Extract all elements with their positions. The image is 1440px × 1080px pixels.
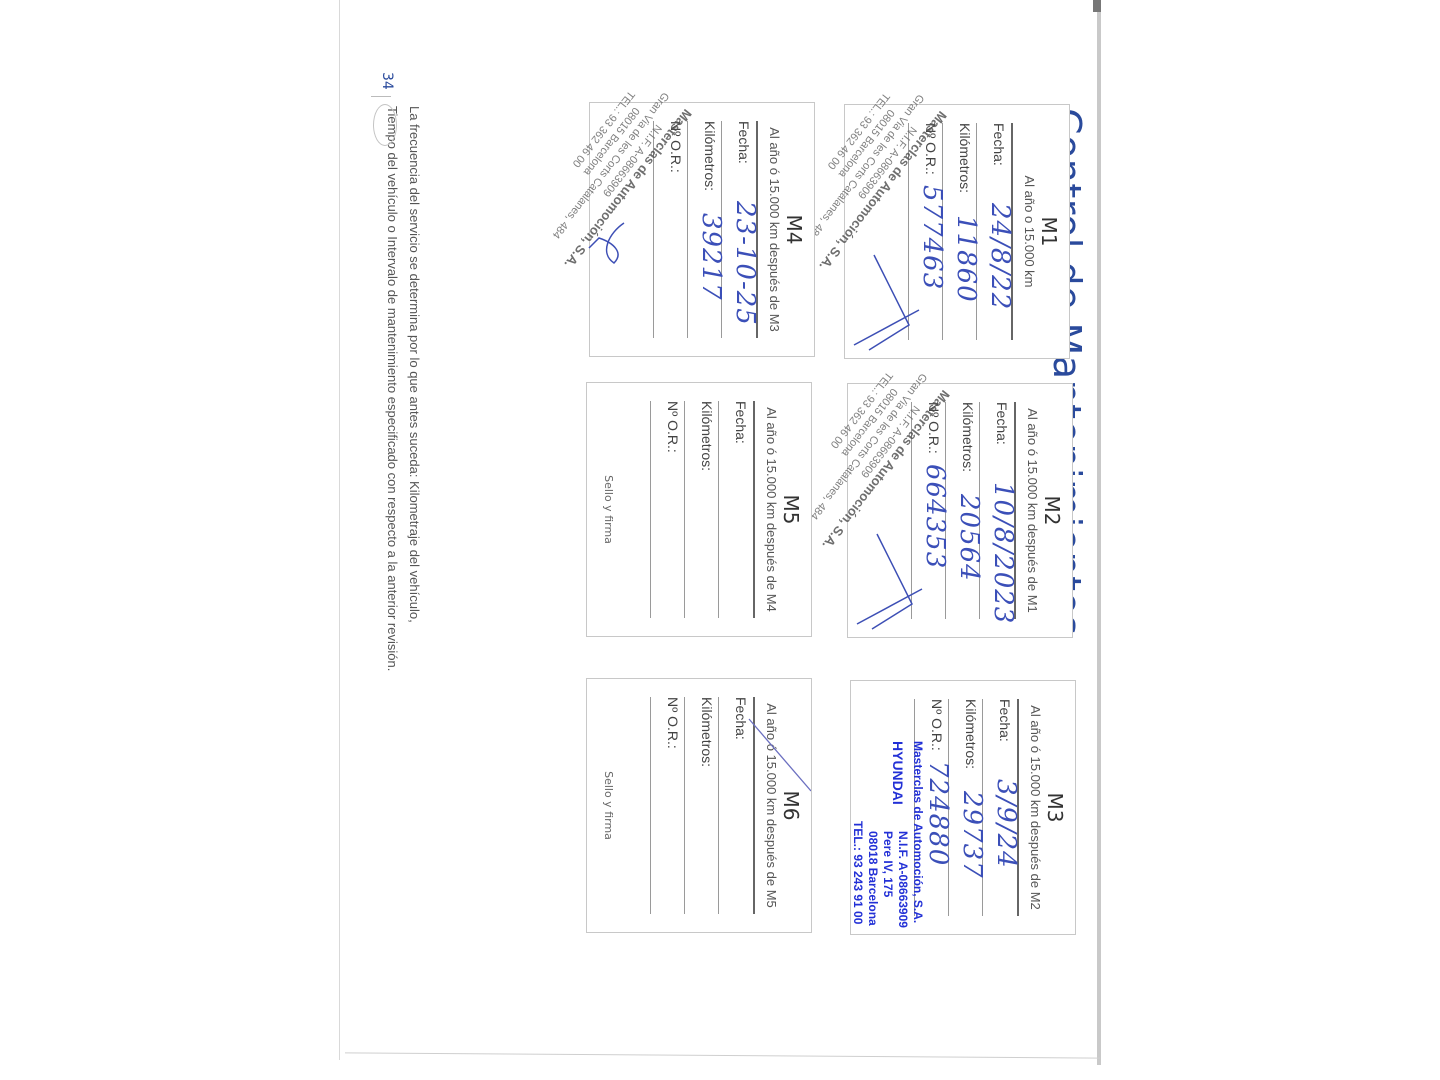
scan-edge-right bbox=[1097, 0, 1101, 1065]
kilometros-label: Kilómetros: bbox=[957, 123, 973, 193]
stamp-tel: TEL.: 93 243 91 00 bbox=[850, 741, 865, 928]
sello-label: Sello y firma bbox=[602, 383, 615, 636]
maintenance-card-m4: M4 Al año ó 15.000 km después de M3 Fech… bbox=[589, 102, 815, 357]
fecha-label: Fecha: bbox=[733, 401, 749, 444]
fecha-field[interactable]: Fecha: bbox=[718, 401, 753, 618]
fecha-label: Fecha: bbox=[733, 697, 749, 740]
fecha-field[interactable]: Fecha: 10/8/2023 bbox=[979, 402, 1014, 619]
fecha-field[interactable]: Fecha: 24/8/22 bbox=[976, 123, 1011, 340]
dealer-stamp-blue: Masterclas de Automoción, S.A. N.I.F. A-… bbox=[850, 741, 925, 928]
or-value: 664353 bbox=[920, 464, 950, 569]
kilometros-value: 29737 bbox=[957, 791, 987, 879]
kilometros-field[interactable]: Kilómetros: bbox=[684, 697, 719, 914]
maintenance-card-m3: M3 Al año ó 15.000 km después de M2 Fech… bbox=[850, 680, 1076, 935]
page-number: 34 bbox=[379, 72, 395, 90]
maintenance-card-m2: M2 Al año ó 15.000 km después de M1 Fech… bbox=[847, 383, 1073, 638]
or-value: 577463 bbox=[917, 185, 947, 290]
card-code: M2 bbox=[1040, 384, 1064, 637]
hyundai-logo-icon bbox=[373, 104, 397, 146]
card-interval: Al año ó 15.000 km después de M5 bbox=[764, 679, 779, 932]
fecha-value: 24/8/22 bbox=[985, 203, 1015, 310]
stamp-name: Masterclas de Automoción, S.A. bbox=[910, 741, 925, 928]
page-separator bbox=[371, 96, 391, 97]
fecha-label: Fecha: bbox=[736, 121, 752, 164]
card-code: M5 bbox=[779, 383, 803, 636]
kilometros-field[interactable]: Kilómetros: bbox=[684, 401, 719, 618]
or-field[interactable]: Nº O.R.: bbox=[650, 697, 685, 914]
maintenance-card-m6: M6 Al año ó 15.000 km después de M5 Fech… bbox=[586, 678, 812, 933]
divider bbox=[753, 401, 755, 618]
card-interval: Al año ó 15.000 km después de M3 bbox=[767, 103, 782, 356]
fecha-label: Fecha: bbox=[994, 402, 1010, 445]
kilometros-label: Kilómetros: bbox=[960, 402, 976, 472]
kilometros-value: 39217 bbox=[696, 213, 726, 301]
fecha-value: 23-10-25 bbox=[730, 201, 760, 326]
or-label: Nº O.R.: bbox=[929, 699, 945, 751]
kilometros-field[interactable]: Kilómetros: 39217 bbox=[687, 121, 722, 338]
kilometros-label: Kilómetros: bbox=[963, 699, 979, 769]
kilometros-label: Kilómetros: bbox=[699, 401, 715, 471]
maintenance-card-m1: M1 Al año o 15.000 km Fecha: 24/8/22 Kil… bbox=[844, 104, 1070, 359]
card-code: M1 bbox=[1037, 105, 1061, 358]
card-code: M4 bbox=[782, 103, 806, 356]
card-code: M3 bbox=[1043, 681, 1067, 934]
card-code: M6 bbox=[779, 679, 803, 932]
kilometros-field[interactable]: Kilómetros: 29737 bbox=[948, 699, 983, 916]
sello-label: Sello y firma bbox=[602, 679, 615, 932]
stamp-city: 08018 Barcelona bbox=[865, 741, 880, 928]
maintenance-card-m5: M5 Al año ó 15.000 km después de M4 Fech… bbox=[586, 382, 812, 637]
footnote-line: Tiempo del vehículo o Intervalo de mante… bbox=[381, 106, 403, 671]
divider bbox=[753, 697, 755, 914]
card-interval: Al año ó 15.000 km después de M2 bbox=[1028, 681, 1043, 934]
card-interval: Al año ó 15.000 km después de M1 bbox=[1025, 384, 1040, 637]
card-interval: Al año o 15.000 km bbox=[1022, 105, 1037, 358]
kilometros-label: Kilómetros: bbox=[699, 697, 715, 767]
fecha-label: Fecha: bbox=[991, 123, 1007, 166]
kilometros-field[interactable]: Kilómetros: 11860 bbox=[942, 123, 977, 340]
fecha-field[interactable]: Fecha: bbox=[718, 697, 753, 914]
kilometros-label: Kilómetros: bbox=[702, 121, 718, 191]
fecha-value: 10/8/2023 bbox=[988, 482, 1018, 624]
kilometros-field[interactable]: Kilómetros: 20564 bbox=[945, 402, 980, 619]
fecha-value: 3/9/24 bbox=[991, 779, 1021, 869]
or-field[interactable]: Nº O.R.: bbox=[650, 401, 685, 618]
document-page: Control de Mantenimientos M1 Al año o 15… bbox=[340, 0, 1097, 1080]
or-label: Nº O.R.: bbox=[665, 697, 681, 749]
fecha-field[interactable]: Fecha: 3/9/24 bbox=[982, 699, 1017, 916]
footnote-line: La frecuencia del servicio se determina … bbox=[403, 106, 425, 671]
fecha-field[interactable]: Fecha: 23-10-25 bbox=[721, 121, 756, 338]
or-value: 724880 bbox=[923, 761, 953, 866]
hyundai-brand: HYUNDAI bbox=[890, 741, 905, 805]
kilometros-value: 11860 bbox=[951, 215, 981, 303]
kilometros-value: 20564 bbox=[954, 494, 984, 582]
card-interval: Al año ó 15.000 km después de M4 bbox=[764, 383, 779, 636]
fecha-label: Fecha: bbox=[997, 699, 1013, 742]
or-label: Nº O.R.: bbox=[665, 401, 681, 453]
footnote: La frecuencia del servicio se determina … bbox=[381, 106, 425, 671]
